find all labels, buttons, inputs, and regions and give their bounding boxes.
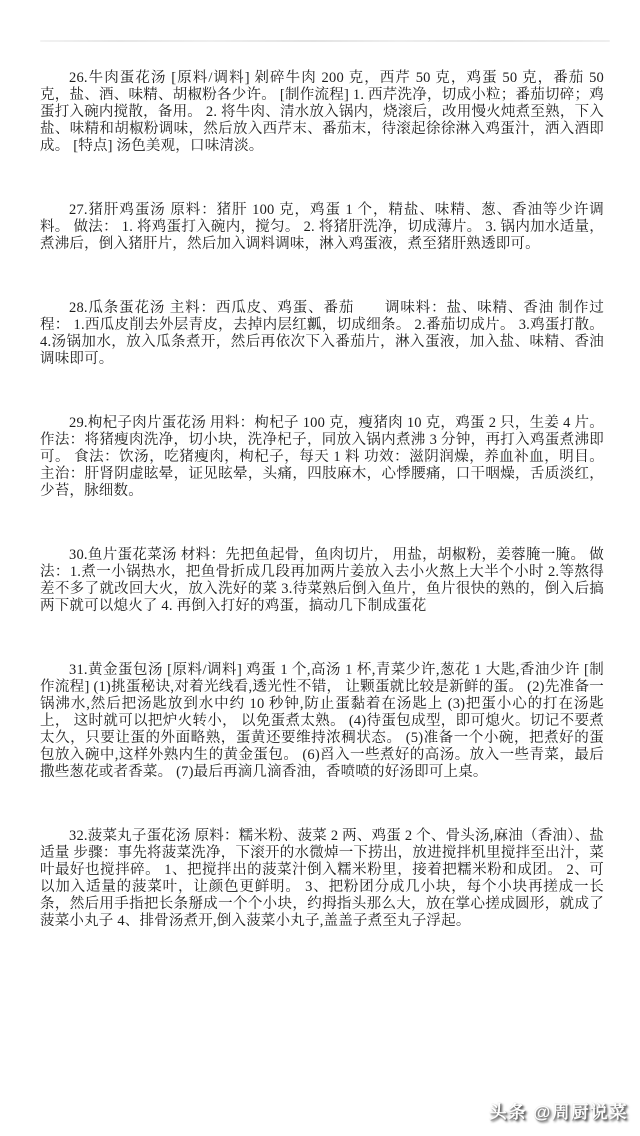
recipe-paragraph-27: 27.猪肝鸡蛋汤 原料：猪肝 100 克，鸡蛋 1 个，精盐、味精、葱、香油等少… <box>40 202 604 253</box>
recipe-paragraph-32: 32.菠菜丸子蛋花汤 原料：糯米粉、菠菜 2 两、鸡蛋 2 个、骨头汤,麻油（香… <box>40 828 604 930</box>
recipe-paragraph-26: 26.牛肉蛋花汤 [原料/调料] 剁碎牛肉 200 克，西芹 50 克，鸡蛋 5… <box>40 70 604 155</box>
recipe-paragraph-31: 31.黄金蛋包汤 [原料/调料] 鸡蛋 1 个,高汤 1 杯,青菜少许,葱花 1… <box>40 662 604 781</box>
recipe-list: 26.牛肉蛋花汤 [原料/调料] 剁碎牛肉 200 克，西芹 50 克，鸡蛋 5… <box>40 70 604 977</box>
recipe-paragraph-30: 30.鱼片蛋花菜汤 材料：先把鱼起骨，鱼肉切片， 用盐，胡椒粉，姜蓉腌一腌。 做… <box>40 547 604 615</box>
faded-text-remnant <box>40 40 610 42</box>
document-page: 26.牛肉蛋花汤 [原料/调料] 剁碎牛肉 200 克，西芹 50 克，鸡蛋 5… <box>0 0 640 1136</box>
toutiao-watermark: 头条 @周厨说菜 <box>489 1099 628 1124</box>
recipe-paragraph-29: 29.枸杞子肉片蛋花汤 用料：枸杞子 100 克，瘦猪肉 10 克，鸡蛋 2 只… <box>40 415 604 500</box>
recipe-paragraph-28: 28.瓜条蛋花汤 主料：西瓜皮、鸡蛋、番茄 调味料：盐、味精、香油 制作过程： … <box>40 300 604 368</box>
